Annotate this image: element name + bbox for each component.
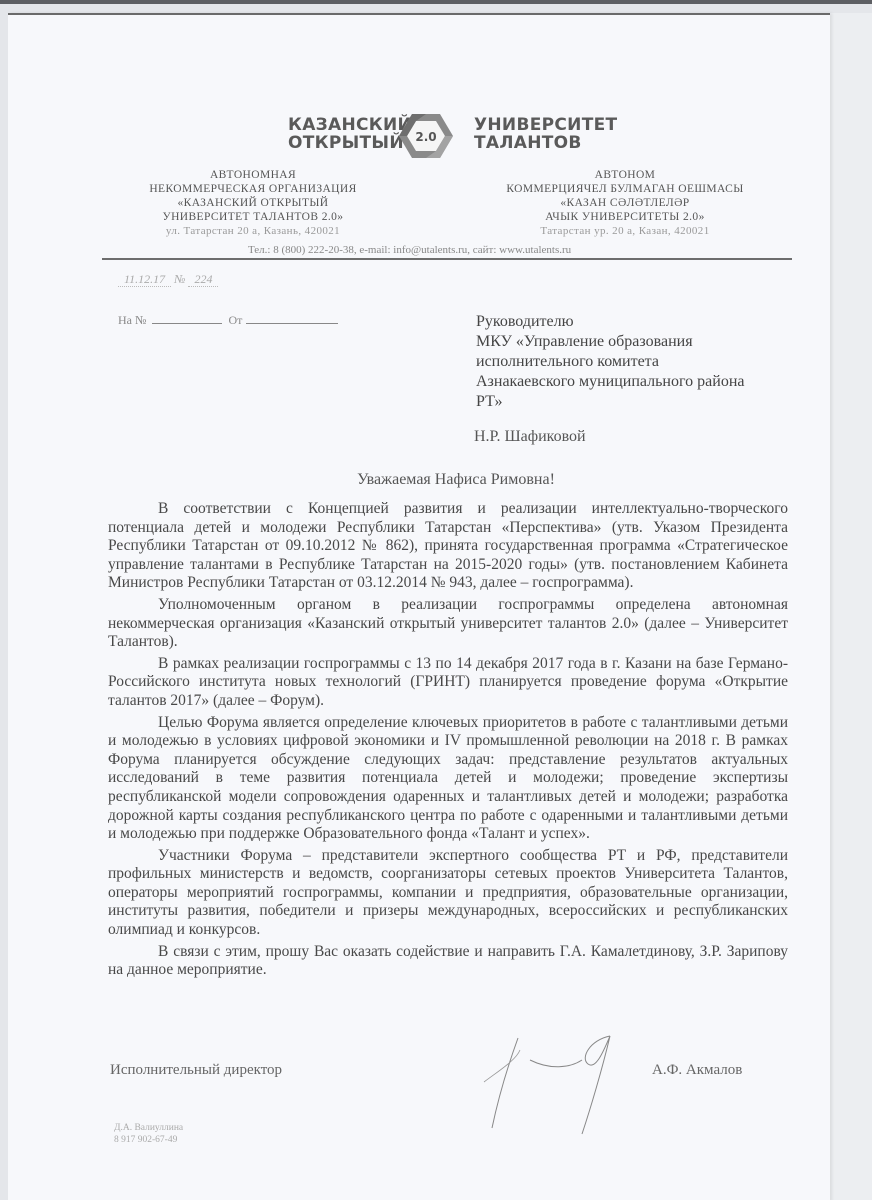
ref-label: На №: [118, 313, 146, 327]
reference-line: На №От: [118, 313, 338, 328]
addressee-line: Азнакаевского муниципального района: [476, 372, 744, 392]
paragraph: Участники Форума – представители эксперт…: [108, 847, 788, 940]
outgoing-date: 11.12.17: [118, 272, 171, 287]
addressee-line: МКУ «Управление образования: [476, 332, 744, 352]
logo-left-text: КАЗАНСКИЙ ОТКРЫТЫЙ: [288, 116, 412, 152]
outgoing-number: 11.12.17 № 224: [118, 272, 218, 287]
org-line: КОММЕРЦИЯЧЕЛ БУЛМАГАН ОЕШМАСЫ: [470, 182, 780, 196]
addressee-line: Руководителю: [476, 312, 744, 332]
from-blank: [246, 323, 338, 324]
addressee-line: исполнительного комитета: [476, 352, 744, 372]
addressee-line: РТ»: [476, 392, 744, 412]
paragraph: Уполномоченным органом в реализации госп…: [108, 596, 788, 652]
signatory-name: А.Ф. Акмалов: [652, 1062, 742, 1079]
org-address: ул. Татарстан 20 а, Казань, 420021: [108, 224, 398, 238]
org-line: НЕКОММЕРЧЕСКАЯ ОРГАНИЗАЦИЯ: [108, 182, 398, 196]
org-name-tatar: АВТОНОМ КОММЕРЦИЯЧЕЛ БУЛМАГАН ОЕШМАСЫ «К…: [470, 168, 780, 238]
logo-right-text: УНИВЕРСИТЕТ ТАЛАНТОВ: [474, 116, 617, 152]
addressee-block: Руководителю МКУ «Управление образования…: [476, 312, 744, 412]
paragraph: В соответствии с Концепцией развития и р…: [108, 500, 788, 593]
org-address: Татарстан ур. 20 а, Казан, 420021: [470, 224, 780, 238]
org-line: «КАЗАН СӘЛӘТЛЕЛӘР: [470, 196, 780, 210]
org-name-russian: АВТОНОМНАЯ НЕКОММЕРЧЕСКАЯ ОРГАНИЗАЦИЯ «К…: [108, 168, 398, 238]
org-line: АВТОНОМНАЯ: [108, 168, 398, 182]
logo-right-line: ТАЛАНТОВ: [474, 134, 617, 152]
outgoing-number-value: 224: [188, 272, 218, 287]
paragraph: В связи с этим, прошу Вас оказать содейс…: [108, 943, 788, 980]
scan-right-margin: [830, 13, 872, 1200]
contact-line: Тел.: 8 (800) 222-20-38, e-mail: info@ut…: [248, 244, 571, 256]
ref-blank: [152, 323, 222, 324]
number-label: №: [174, 272, 185, 286]
executor-phone: 8 917 902-67-49: [114, 1134, 183, 1146]
logo-right-line: УНИВЕРСИТЕТ: [474, 116, 617, 134]
from-label: От: [228, 313, 242, 327]
org-line: АВТОНОМ: [470, 168, 780, 182]
letter-body: В соответствии с Концепцией развития и р…: [108, 500, 788, 983]
paragraph: В рамках реализации госпрограммы с 13 по…: [108, 655, 788, 711]
executor-name: Д.А. Валиуллина: [114, 1122, 183, 1134]
svg-text:2.0: 2.0: [415, 130, 436, 144]
university-logo: КАЗАНСКИЙ ОТКРЫТЫЙ 2.0 УНИВЕРСИТЕТ ТАЛАН…: [288, 112, 588, 160]
hexagon-logo-icon: 2.0: [398, 112, 454, 160]
executor-info: Д.А. Валиуллина 8 917 902-67-49: [114, 1122, 183, 1146]
logo-left-line: ОТКРЫТЫЙ: [288, 134, 412, 152]
recipient-name: Н.Р. Шафиковой: [474, 428, 586, 446]
org-line: АЧЫК УНИВЕРСИТЕТЫ 2.0»: [470, 210, 780, 224]
scan-top-edge: [0, 0, 872, 4]
paragraph: Целью Форума является определение ключев…: [108, 714, 788, 844]
handwritten-signature-icon: [470, 1030, 650, 1140]
signatory-title: Исполнительный директор: [110, 1062, 282, 1079]
logo-left-line: КАЗАНСКИЙ: [288, 116, 412, 134]
org-line: «КАЗАНСКИЙ ОТКРЫТЫЙ: [108, 196, 398, 210]
org-line: УНИВЕРСИТЕТ ТАЛАНТОВ 2.0»: [108, 210, 398, 224]
salutation: Уважаемая Нафиса Римовна!: [0, 471, 872, 489]
salutation-text: Уважаемая Нафиса Римовна!: [357, 471, 555, 488]
letterhead-divider: [102, 258, 792, 260]
